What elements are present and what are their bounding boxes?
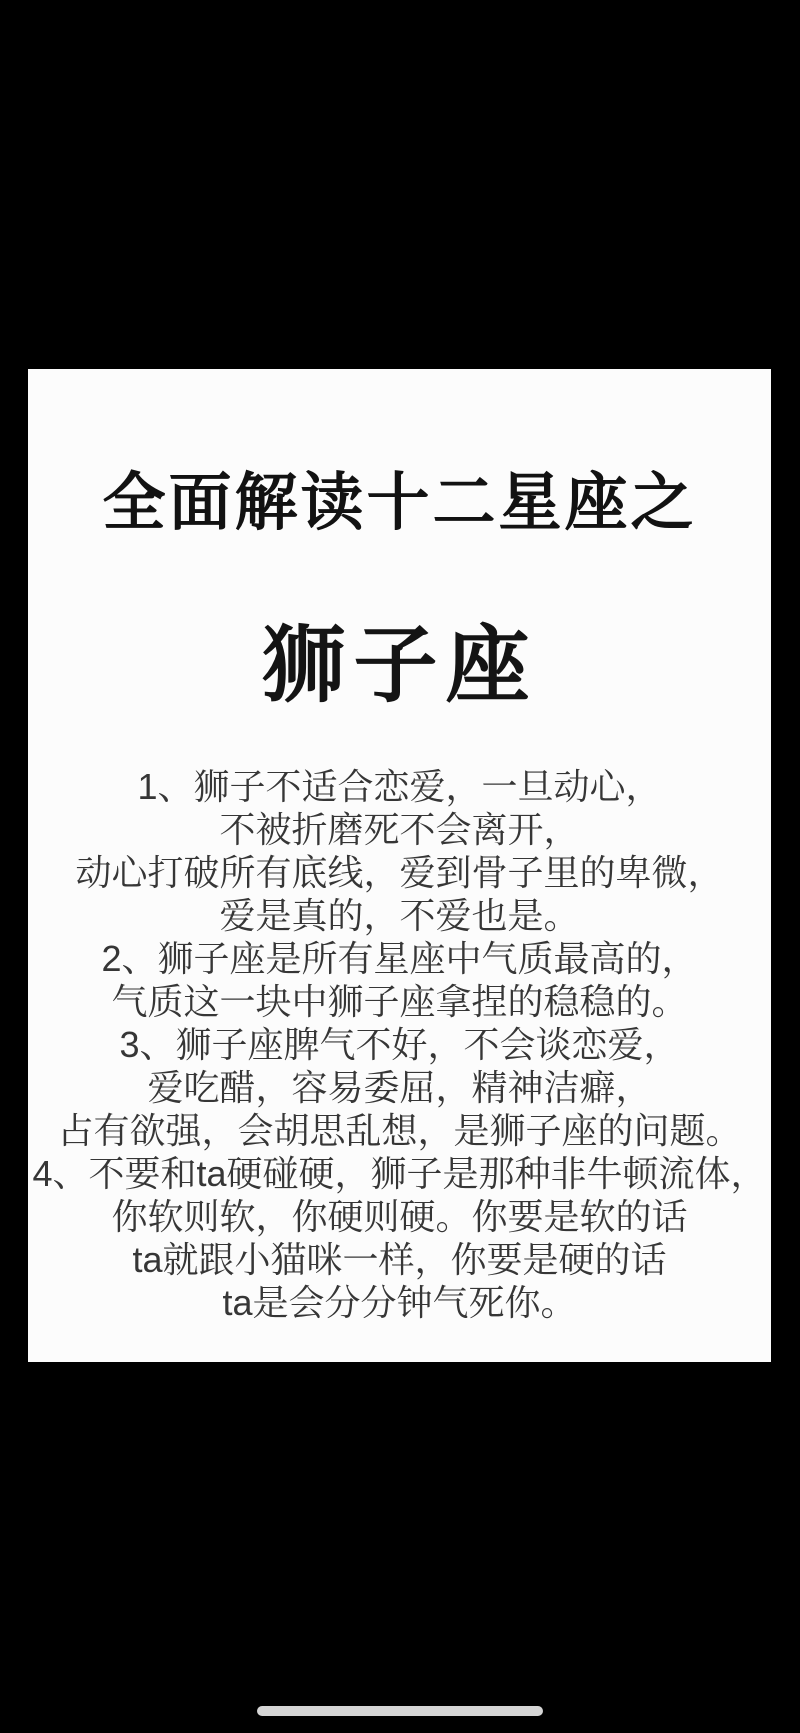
poster-subtitle: 狮子座 [28, 623, 771, 707]
body-line: 爱吃醋，容易委屈，精神洁癖， [28, 1066, 771, 1109]
body-line: 爱是真的，不爱也是。 [28, 894, 771, 937]
body-line: 不被折磨死不会离开， [28, 808, 771, 851]
home-indicator-bar[interactable] [257, 1706, 543, 1716]
phone-screen: 全面解读十二星座之 狮子座 1、狮子不适合恋爱，一旦动心，不被折磨死不会离开，动… [0, 0, 800, 1733]
body-line: 1、狮子不适合恋爱，一旦动心， [28, 765, 771, 808]
poster-body: 1、狮子不适合恋爱，一旦动心，不被折磨死不会离开，动心打破所有底线，爱到骨子里的… [28, 765, 771, 1324]
body-line: 占有欲强，会胡思乱想，是狮子座的问题。 [28, 1109, 771, 1152]
body-line: 动心打破所有底线，爱到骨子里的卑微， [28, 851, 771, 894]
body-line: 2、狮子座是所有星座中气质最高的， [28, 937, 771, 980]
poster-title: 全面解读十二星座之 [28, 369, 771, 537]
body-line: 4、不要和ta硬碰硬，狮子是那种非牛顿流体， [28, 1152, 771, 1195]
poster-card: 全面解读十二星座之 狮子座 1、狮子不适合恋爱，一旦动心，不被折磨死不会离开，动… [28, 369, 771, 1362]
body-line: ta是会分分钟气死你。 [28, 1281, 771, 1324]
body-line: 3、狮子座脾气不好，不会谈恋爱， [28, 1023, 771, 1066]
body-line: 气质这一块中狮子座拿捏的稳稳的。 [28, 980, 771, 1023]
body-line: 你软则软，你硬则硬。你要是软的话 [28, 1195, 771, 1238]
body-line: ta就跟小猫咪一样，你要是硬的话 [28, 1238, 771, 1281]
